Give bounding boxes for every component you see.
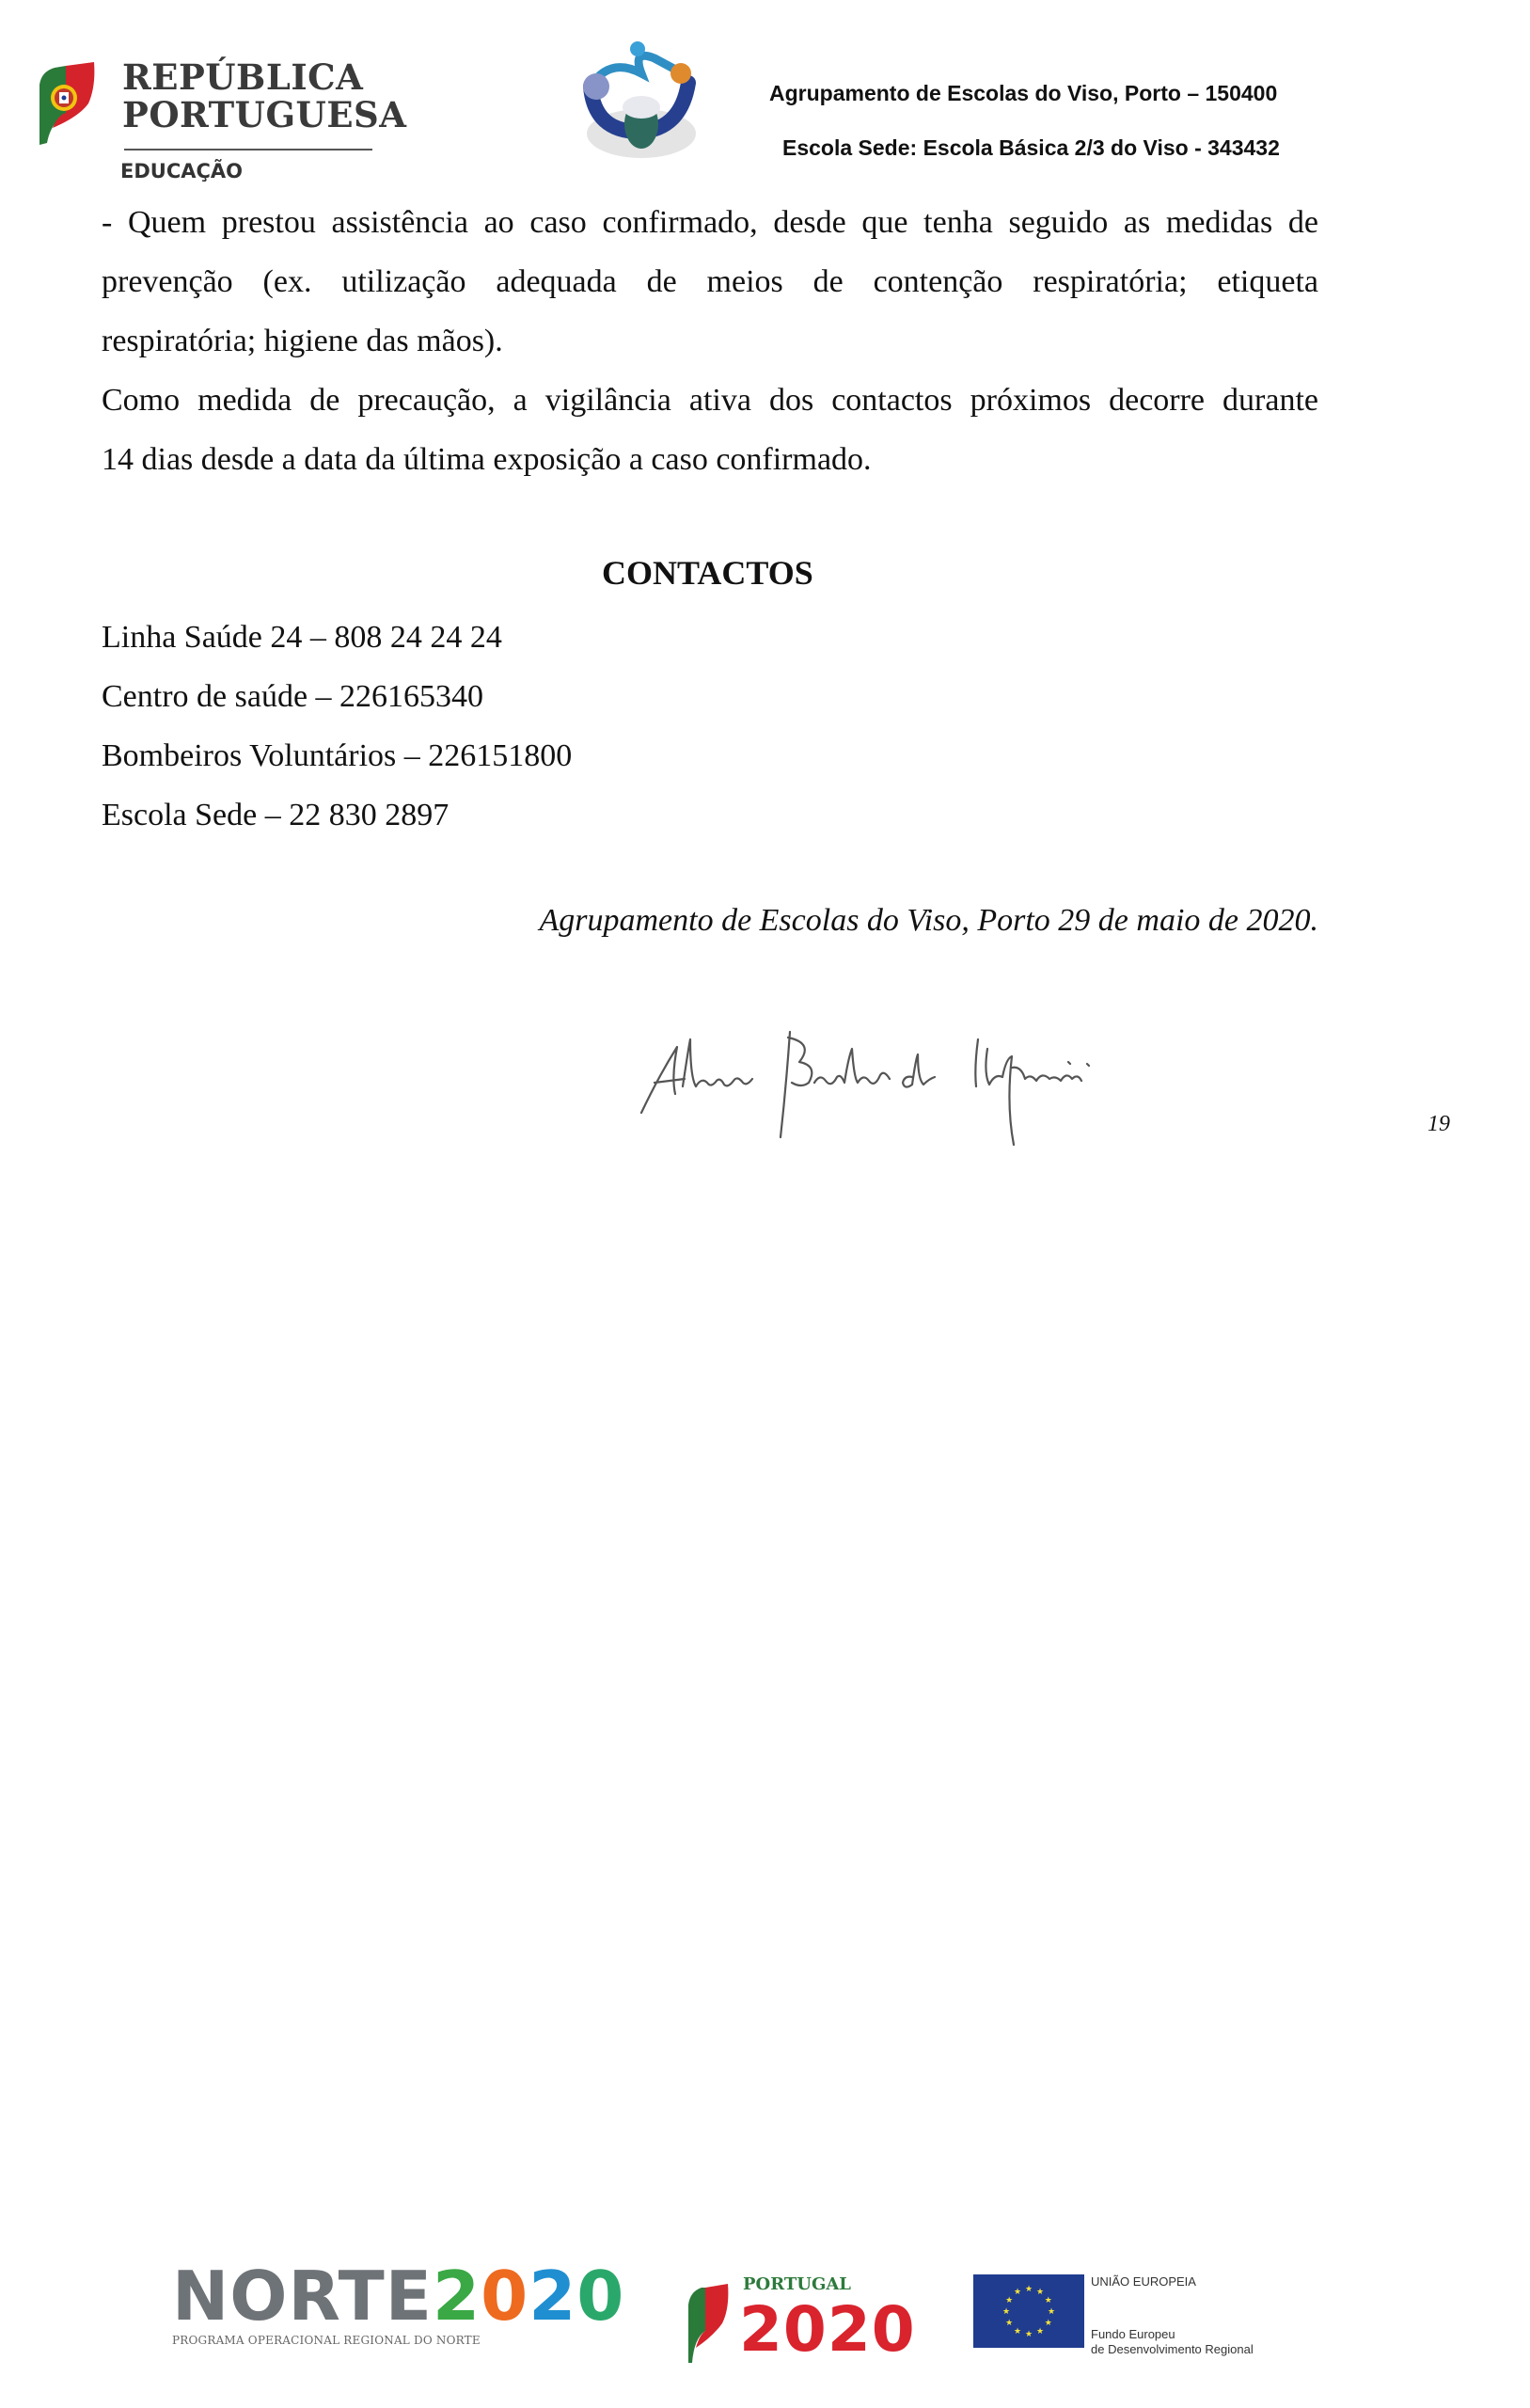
paragraph-line: - Quem prestou assistência ao caso confi… xyxy=(102,193,1318,252)
norte-year-digit: 0 xyxy=(576,2257,624,2336)
page-number: 19 xyxy=(1427,1112,1450,1137)
norte-year-digit: 2 xyxy=(528,2257,576,2336)
svg-text:★: ★ xyxy=(1025,2329,1033,2338)
school-cluster-logo-icon xyxy=(576,21,698,171)
eu-fund-line2: de Desenvolvimento Regional xyxy=(1091,2342,1254,2357)
portugal2020-year: 2020 xyxy=(739,2295,916,2365)
portuguese-republic-emblem-icon xyxy=(34,58,100,152)
norte-year-digit: 2 xyxy=(433,2257,481,2336)
paragraph-line: respiratória; higiene das mãos). xyxy=(102,311,1318,371)
norte2020-logo: NORTE2020 PROGRAMA OPERACIONAL REGIONAL … xyxy=(172,2262,624,2347)
contact-item: Linha Saúde 24 – 808 24 24 24 xyxy=(102,608,572,667)
document-body: - Quem prestou assistência ao caso confi… xyxy=(102,193,1318,489)
norte-year-digit: 0 xyxy=(481,2257,528,2336)
school-name-header: Agrupamento de Escolas do Viso, Porto – … xyxy=(769,81,1277,106)
norte2020-wordmark: NORTE2020 xyxy=(172,2262,624,2330)
paragraph-line: Como medida de precaução, a vigilância a… xyxy=(102,371,1318,430)
norte2020-subtitle: PROGRAMA OPERACIONAL REGIONAL DO NORTE xyxy=(172,2334,624,2347)
norte-text: NORTE xyxy=(172,2257,433,2336)
paragraph-line: prevenção (ex. utilização adequada de me… xyxy=(102,252,1318,311)
svg-text:★: ★ xyxy=(1002,2306,1010,2316)
svg-text:★: ★ xyxy=(1036,2287,1044,2296)
republica-portuguesa-logo-text: REPÚBLICA PORTUGUESA xyxy=(122,58,406,134)
contact-item: Centro de saúde – 226165340 xyxy=(102,667,572,726)
eu-fund-line1: Fundo Europeu xyxy=(1091,2327,1254,2342)
contact-item: Escola Sede – 22 830 2897 xyxy=(102,785,572,845)
eu-flag-icon: ★★★★★★★★★★★★ xyxy=(973,2274,1084,2348)
svg-text:★: ★ xyxy=(1048,2306,1055,2316)
portuguesa-text: PORTUGUESA xyxy=(122,96,406,134)
logo-divider xyxy=(124,149,372,150)
svg-text:★: ★ xyxy=(1025,2284,1033,2293)
contact-item: Bombeiros Voluntários – 226151800 xyxy=(102,726,572,785)
school-sede-header: Escola Sede: Escola Básica 2/3 do Viso -… xyxy=(782,135,1280,161)
svg-text:★: ★ xyxy=(1014,2326,1021,2336)
place-and-date: Agrupamento de Escolas do Viso, Porto 29… xyxy=(539,903,1318,939)
svg-text:★: ★ xyxy=(1014,2287,1021,2296)
svg-text:★: ★ xyxy=(1045,2318,1052,2327)
contacts-list: Linha Saúde 24 – 808 24 24 24 Centro de … xyxy=(102,608,572,845)
portugal-flag-emblem-icon xyxy=(685,2282,732,2367)
republica-text: REPÚBLICA xyxy=(122,58,406,96)
portugal-label: PORTUGAL xyxy=(743,2274,851,2294)
eu-title: UNIÃO EUROPEIA xyxy=(1091,2274,1196,2289)
educacao-label: EDUCAÇÃO xyxy=(120,160,243,182)
svg-text:★: ★ xyxy=(1005,2295,1013,2305)
eu-fund-text: Fundo Europeu de Desenvolvimento Regiona… xyxy=(1091,2327,1254,2357)
svg-text:★: ★ xyxy=(1005,2318,1013,2327)
paragraph-line: 14 dias desde a data da última exposição… xyxy=(102,430,1318,489)
contacts-heading: CONTACTOS xyxy=(602,553,813,593)
norte-year-text: 2020 xyxy=(433,2257,624,2336)
svg-text:★: ★ xyxy=(1045,2295,1052,2305)
signature-icon xyxy=(630,1021,1185,1152)
svg-text:★: ★ xyxy=(1036,2326,1044,2336)
portugal2020-logo: PORTUGAL 2020 xyxy=(685,2274,929,2378)
